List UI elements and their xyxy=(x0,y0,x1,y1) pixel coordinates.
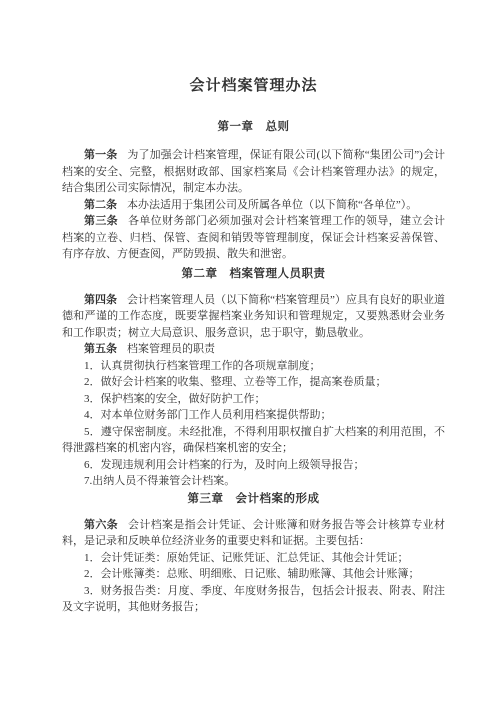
list-item-paragraph: 5．遵守保密制度。未经批准，不得利用职权擅自扩大档案的利用范围，不得泄露档案的机… xyxy=(62,424,445,457)
article-text: 为了加强会计档案管理，保证有限公司(以下简称“集团公司”)会计档案的安全、完整，… xyxy=(62,149,445,194)
list-item-text: 3．保护档案的安全，做好防护工作； xyxy=(84,393,266,405)
list-item-text: 4．对本单位财务部门工作人员利用档案提供帮助； xyxy=(84,409,332,421)
article-paragraph: 第五条档案管理员的职责 xyxy=(62,341,445,358)
chapter-heading-3: 第三章 会计档案的形成 xyxy=(62,493,445,506)
article-text: 档案管理员的职责 xyxy=(127,343,215,355)
article-label: 第二条 xyxy=(84,199,117,211)
article-text: 会计档案管理人员（以下简称“档案管理员”）应具有良好的职业道德和严谨的工作态度，… xyxy=(62,294,445,339)
list-item-paragraph: 1．会计凭证类：原始凭证、记账凭证、汇总凭证、其他会计凭证； xyxy=(62,550,445,567)
chapter-heading-2: 第二章 档案管理人员职责 xyxy=(62,268,445,281)
list-item-paragraph: 1．认真贯彻执行档案管理工作的各项规章制度； xyxy=(62,358,445,375)
article-text: 各单位财务部门必须加强对会计档案管理工作的领导，建立会计档案的立卷、归档、保管、… xyxy=(62,215,445,260)
list-item-paragraph: 2．做好会计档案的收集、整理、立卷等工作，提高案卷质量； xyxy=(62,374,445,391)
list-item-text: 6．发现违规利用会计档案的行为，及时向上级领导报告； xyxy=(84,459,365,471)
article-paragraph: 第二条本办法适用于集团公司及所属各单位（以下简称“各单位”）。 xyxy=(62,197,445,214)
article-label: 第三条 xyxy=(84,215,118,227)
list-item-text: 7.出纳人员不得兼管会计档案。 xyxy=(84,475,235,487)
article-label: 第四条 xyxy=(84,294,117,306)
document-title: 会计档案管理办法 xyxy=(62,78,445,95)
article-label: 第五条 xyxy=(84,343,117,355)
list-item-text: 5．遵守保密制度。未经批准，不得利用职权擅自扩大档案的利用范围，不得泄露档案的机… xyxy=(62,426,445,455)
list-item-text: 1．会计凭证类：原始凭证、记账凭证、汇总凭证、其他会计凭证； xyxy=(84,552,409,564)
list-item-paragraph: 4．对本单位财务部门工作人员利用档案提供帮助； xyxy=(62,407,445,424)
list-item-paragraph: 6．发现违规利用会计档案的行为，及时向上级领导报告； xyxy=(62,457,445,474)
list-item-paragraph: 3．保护档案的安全，做好防护工作； xyxy=(62,391,445,408)
list-item-paragraph: 3．财务报告类：月度、季度、年度财务报告，包括会计报表、附表、附注及文字说明，其… xyxy=(62,583,445,616)
article-paragraph: 第六条会计档案是指会计凭证、会计账簿和财务报告等会计核算专业材料，是记录和反映单… xyxy=(62,517,445,550)
list-item-text: 2．会计账簿类：总账、明细账、日记账、辅助账簿、其他会计账簿； xyxy=(84,568,420,580)
article-paragraph: 第四条会计档案管理人员（以下简称“档案管理员”）应具有良好的职业道德和严谨的工作… xyxy=(62,292,445,342)
list-item-text: 3．财务报告类：月度、季度、年度财务报告，包括会计报表、附表、附注及文字说明，其… xyxy=(62,585,445,614)
list-item-text: 2．做好会计档案的收集、整理、立卷等工作，提高案卷质量； xyxy=(84,376,387,388)
list-item-paragraph: 2．会计账簿类：总账、明细账、日记账、辅助账簿、其他会计账簿； xyxy=(62,566,445,583)
article-label: 第一条 xyxy=(84,149,117,161)
list-item-paragraph: 7.出纳人员不得兼管会计档案。 xyxy=(62,473,445,490)
article-text: 会计档案是指会计凭证、会计账簿和财务报告等会计核算专业材料，是记录和反映单位经济… xyxy=(62,519,445,548)
chapter-heading-1: 第一章 总则 xyxy=(62,121,445,134)
article-paragraph: 第三条各单位财务部门必须加强对会计档案管理工作的领导，建立会计档案的立卷、归档、… xyxy=(62,213,445,263)
article-text: 本办法适用于集团公司及所属各单位（以下简称“各单位”）。 xyxy=(127,199,417,211)
list-item-text: 1．认真贯彻执行档案管理工作的各项规章制度； xyxy=(84,360,321,372)
document-page: 会计档案管理办法 第一章 总则 第一条为了加强会计档案管理，保证有限公司(以下简… xyxy=(0,0,500,707)
article-label: 第六条 xyxy=(84,519,118,531)
article-paragraph: 第一条为了加强会计档案管理，保证有限公司(以下简称“集团公司”)会计档案的安全、… xyxy=(62,147,445,197)
